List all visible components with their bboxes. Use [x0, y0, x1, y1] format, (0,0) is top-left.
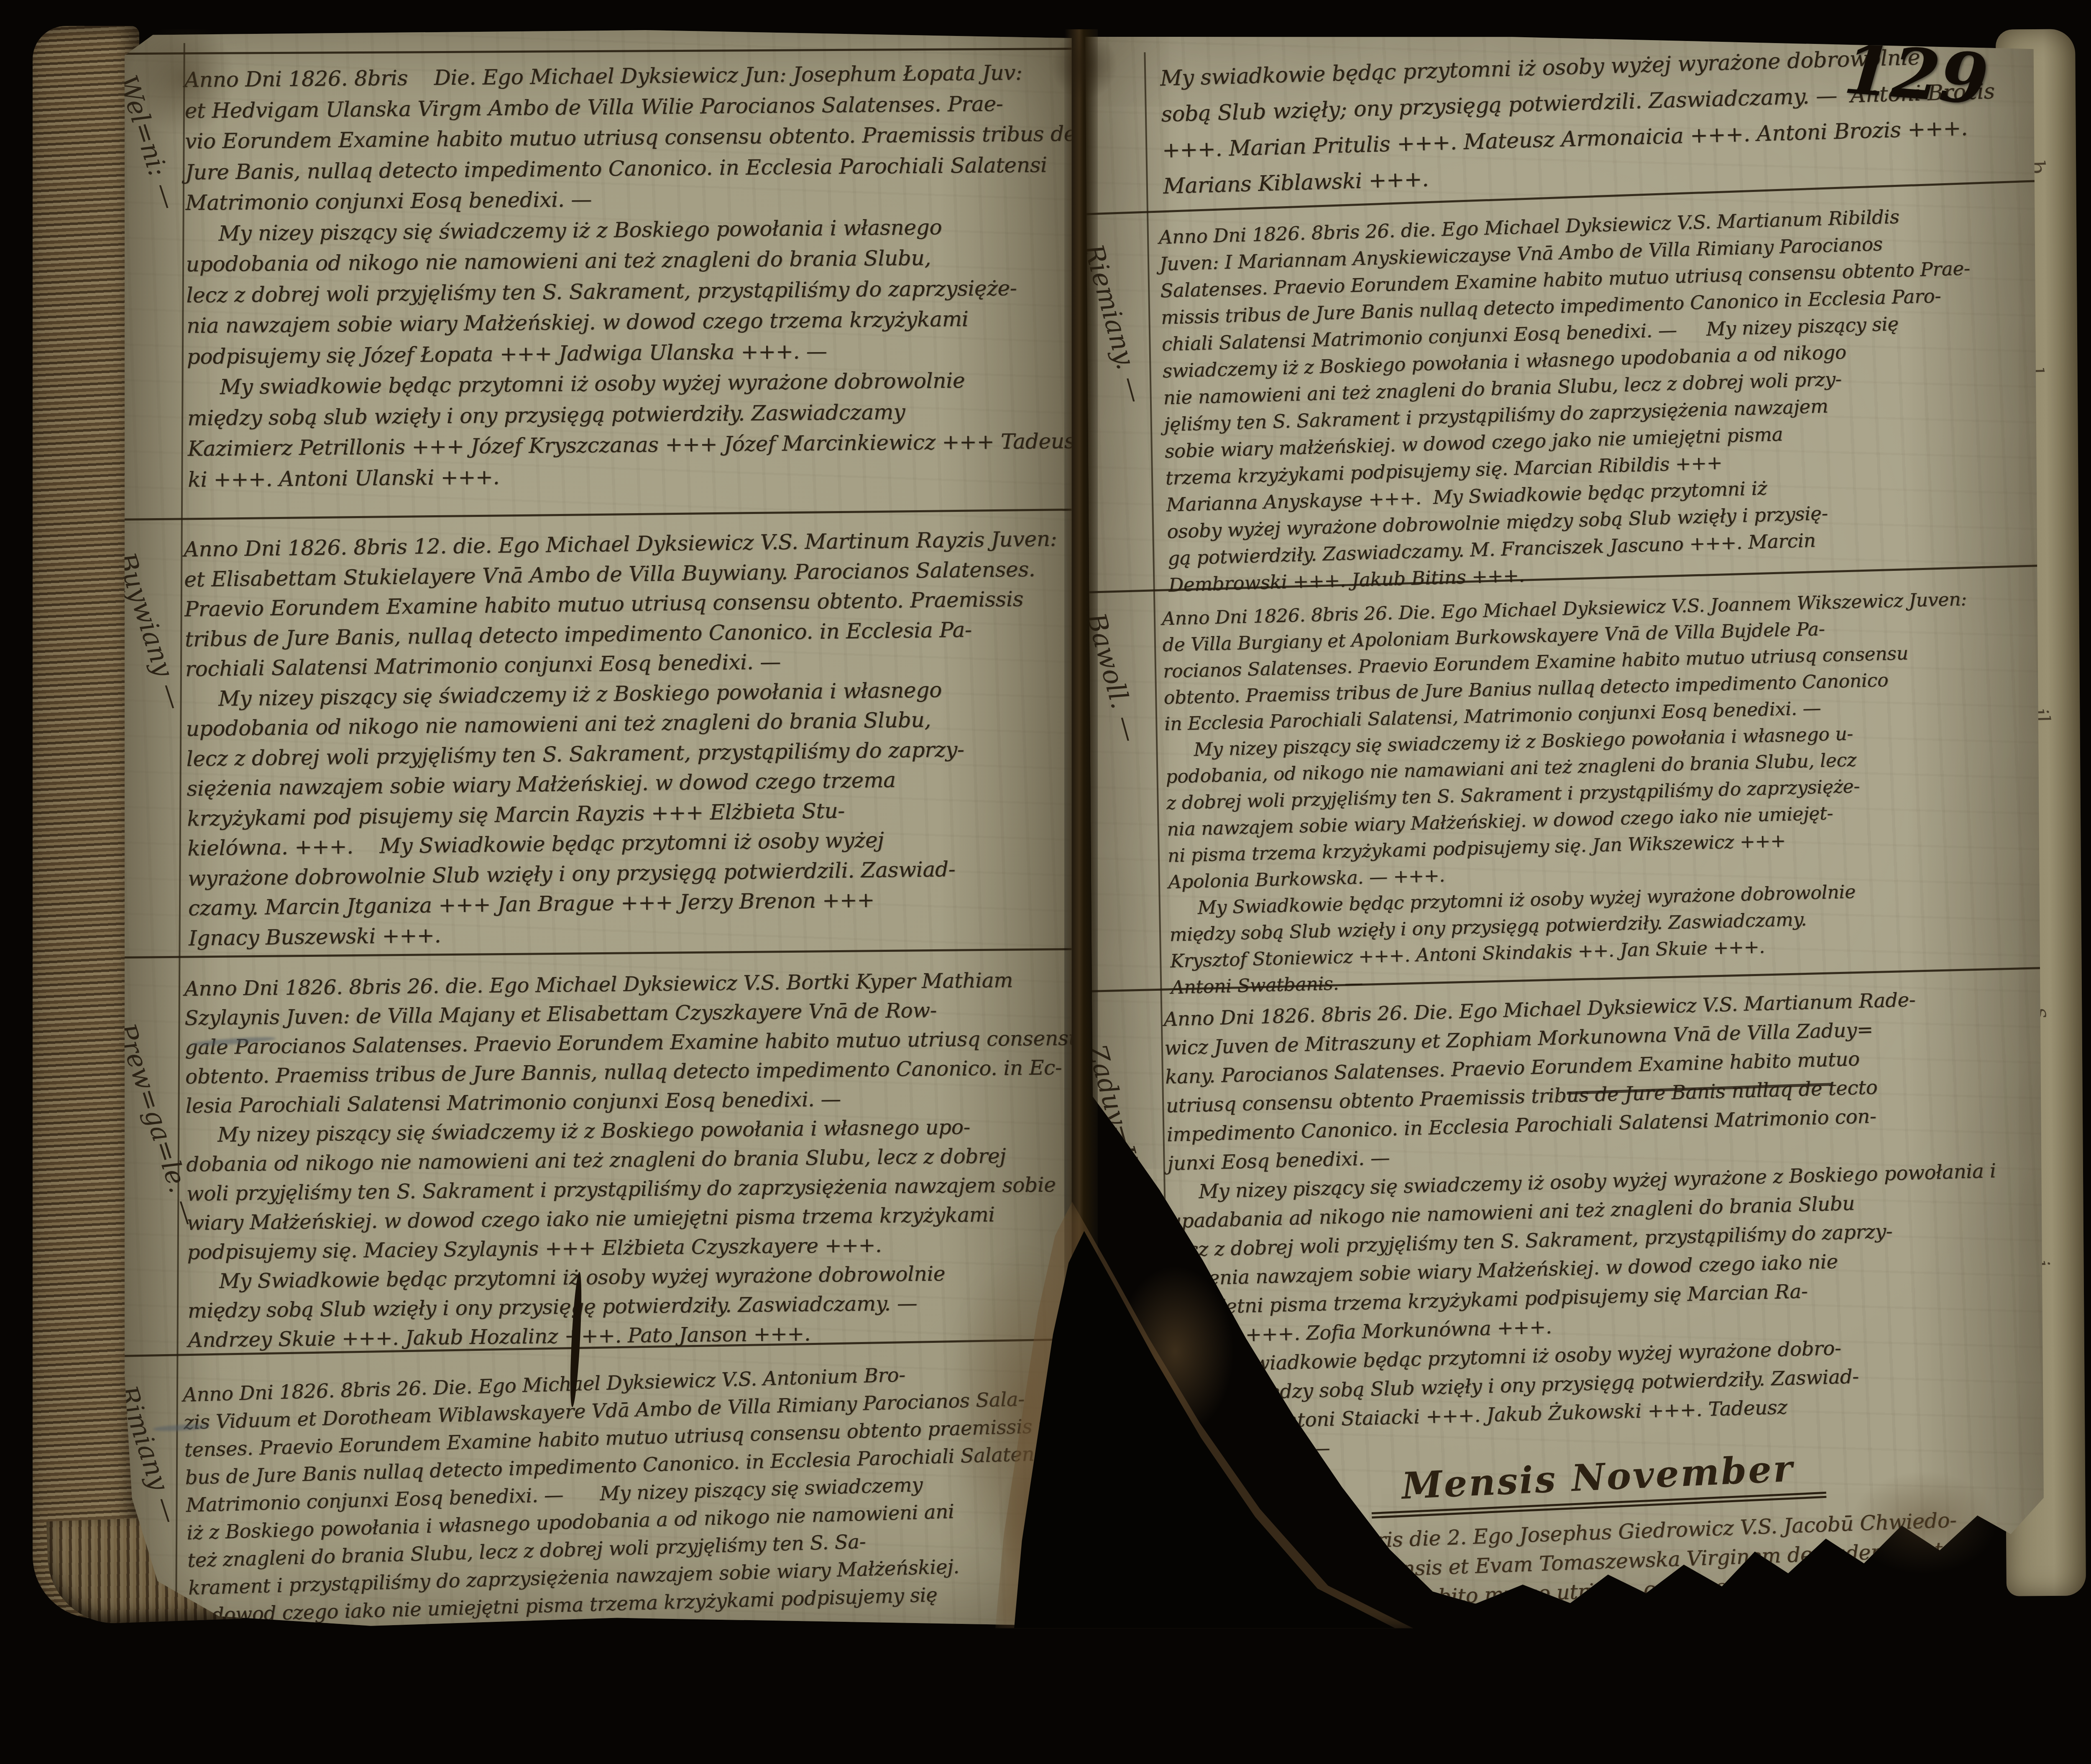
- register-entry: Anno Dni 1826. 8bris Die. Ego Michael Dy…: [184, 57, 1059, 495]
- register-entry: Anno Dni 1826. 8bris 26. Die. Ego Michae…: [1163, 983, 2019, 1466]
- left-page: Wel=ni: — Buywiany — Prew=ga=le. — Rimia…: [125, 30, 1072, 1626]
- page-number: 129: [1841, 28, 1991, 120]
- register-book-photo: b l il s i Wel=ni: — Buywiany — Prew=ga=…: [0, 0, 2091, 1629]
- page-stack-edge: [33, 26, 139, 1618]
- entry-separator-line: [125, 509, 1072, 521]
- right-page: 129 Riemiany. — Bawoll. — Zaduy=Kany — M…: [1085, 30, 2044, 1606]
- register-entry: Anno Dni 1826. 8bris 12. die. Ego Michae…: [184, 524, 1060, 954]
- register-entry: Anno Dni 1826. 8bris 26. Die. Ego Michae…: [1161, 585, 2015, 1001]
- register-entry: Anno Dni 1826. 8bris 26. die. Ego Michae…: [184, 966, 1059, 1355]
- register-entry: Anno Dni 1826. 8bris 26. die. Ego Michae…: [1158, 200, 2012, 598]
- register-entry: Anno Dni 1826. 8bris 26. Die. Ego Michae…: [182, 1357, 1061, 1628]
- margin-rule-line: [175, 43, 185, 1613]
- entry-separator-line: [125, 48, 1072, 55]
